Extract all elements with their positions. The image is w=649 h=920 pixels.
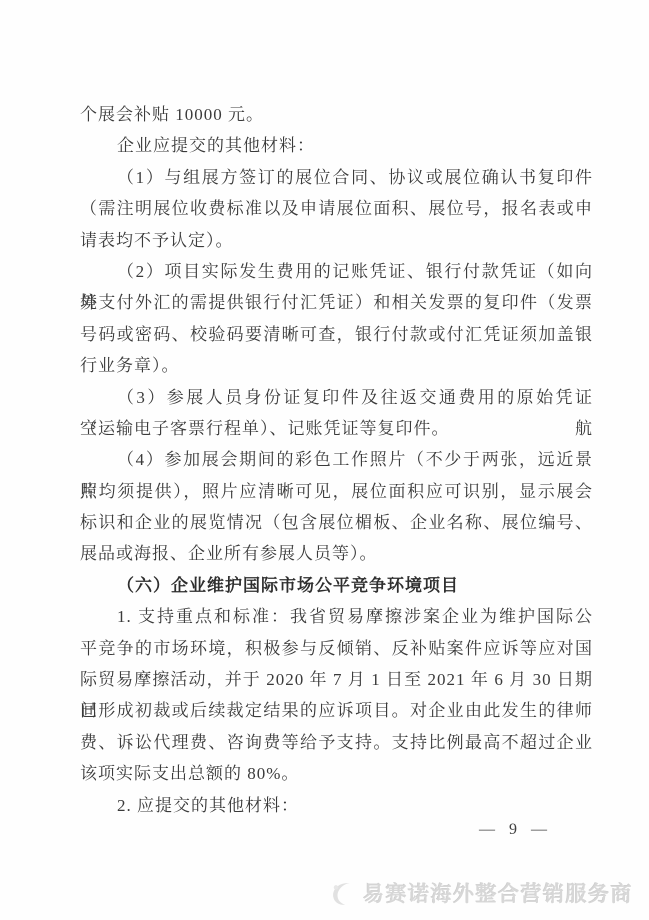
document-line: （2）项目实际发生费用的记账凭证、银行付款凭证（如向境 bbox=[80, 256, 593, 287]
document-line: 号码或密码、校验码要清晰可查，银行付款或付汇凭证须加盖银 bbox=[80, 319, 593, 350]
document-line: 行业务章）。 bbox=[80, 350, 593, 381]
document-line: 片均须提供），照片应清晰可见，展位面积应可识别，显示展会 bbox=[80, 476, 593, 507]
crescent-swoosh-icon bbox=[328, 880, 358, 907]
document-line: 请表均不予认定）。 bbox=[80, 225, 593, 256]
page-number: — 9 — bbox=[479, 821, 552, 839]
document-line: （3）参展人员身份证复印件及往返交通费用的原始凭证（航 bbox=[80, 382, 593, 413]
document-line: 外支付外汇的需提供银行付汇凭证）和相关发票的复印件（发票 bbox=[80, 287, 593, 318]
document-line: 已形成初裁或后续裁定结果的应诉项目。对企业由此发生的律师 bbox=[80, 695, 593, 726]
section-heading-line: （六）企业维护国际市场公平竞争环境项目 bbox=[80, 570, 593, 601]
document-line: 展品或海报、企业所有参展人员等）。 bbox=[80, 538, 593, 569]
document-line: 平竞争的市场环境，积极参与反倾销、反补贴案件应诉等应对国 bbox=[80, 633, 593, 664]
document-line: （4）参加展会期间的彩色工作照片（不少于两张，远近景照 bbox=[80, 444, 593, 475]
document-line: 标识和企业的展览情况（包含展位楣板、企业名称、展位编号、 bbox=[80, 507, 593, 538]
document-page: 个展会补贴 10000 元。企业应提交的其他材料：（1）与组展方签订的展位合同、… bbox=[0, 0, 649, 920]
document-line: （需注明展位收费标准以及申请展位面积、展位号，报名表或申 bbox=[80, 193, 593, 224]
document-line: （1）与组展方签订的展位合同、协议或展位确认书复印件 bbox=[80, 162, 593, 193]
document-line: 际贸易摩擦活动，并于 2020 年 7 月 1 日至 2021 年 6 月 30… bbox=[80, 664, 593, 695]
document-line: 1. 支持重点和标准：我省贸易摩擦涉案企业为维护国际公 bbox=[80, 601, 593, 632]
document-line: 个展会补贴 10000 元。 bbox=[80, 99, 593, 130]
document-line: 该项实际支出总额的 80%。 bbox=[80, 758, 593, 789]
watermark-text: 易赛诺海外整合营销服务商 bbox=[363, 878, 633, 908]
document-body: 个展会补贴 10000 元。企业应提交的其他材料：（1）与组展方签订的展位合同、… bbox=[80, 99, 593, 821]
document-line: 2. 应提交的其他材料： bbox=[80, 790, 593, 821]
document-line: 企业应提交的其他材料： bbox=[80, 130, 593, 161]
document-line: 费、诉讼代理费、咨询费等给予支持。支持比例最高不超过企业 bbox=[80, 727, 593, 758]
footer-watermark: 易赛诺海外整合营销服务商 bbox=[328, 878, 633, 908]
